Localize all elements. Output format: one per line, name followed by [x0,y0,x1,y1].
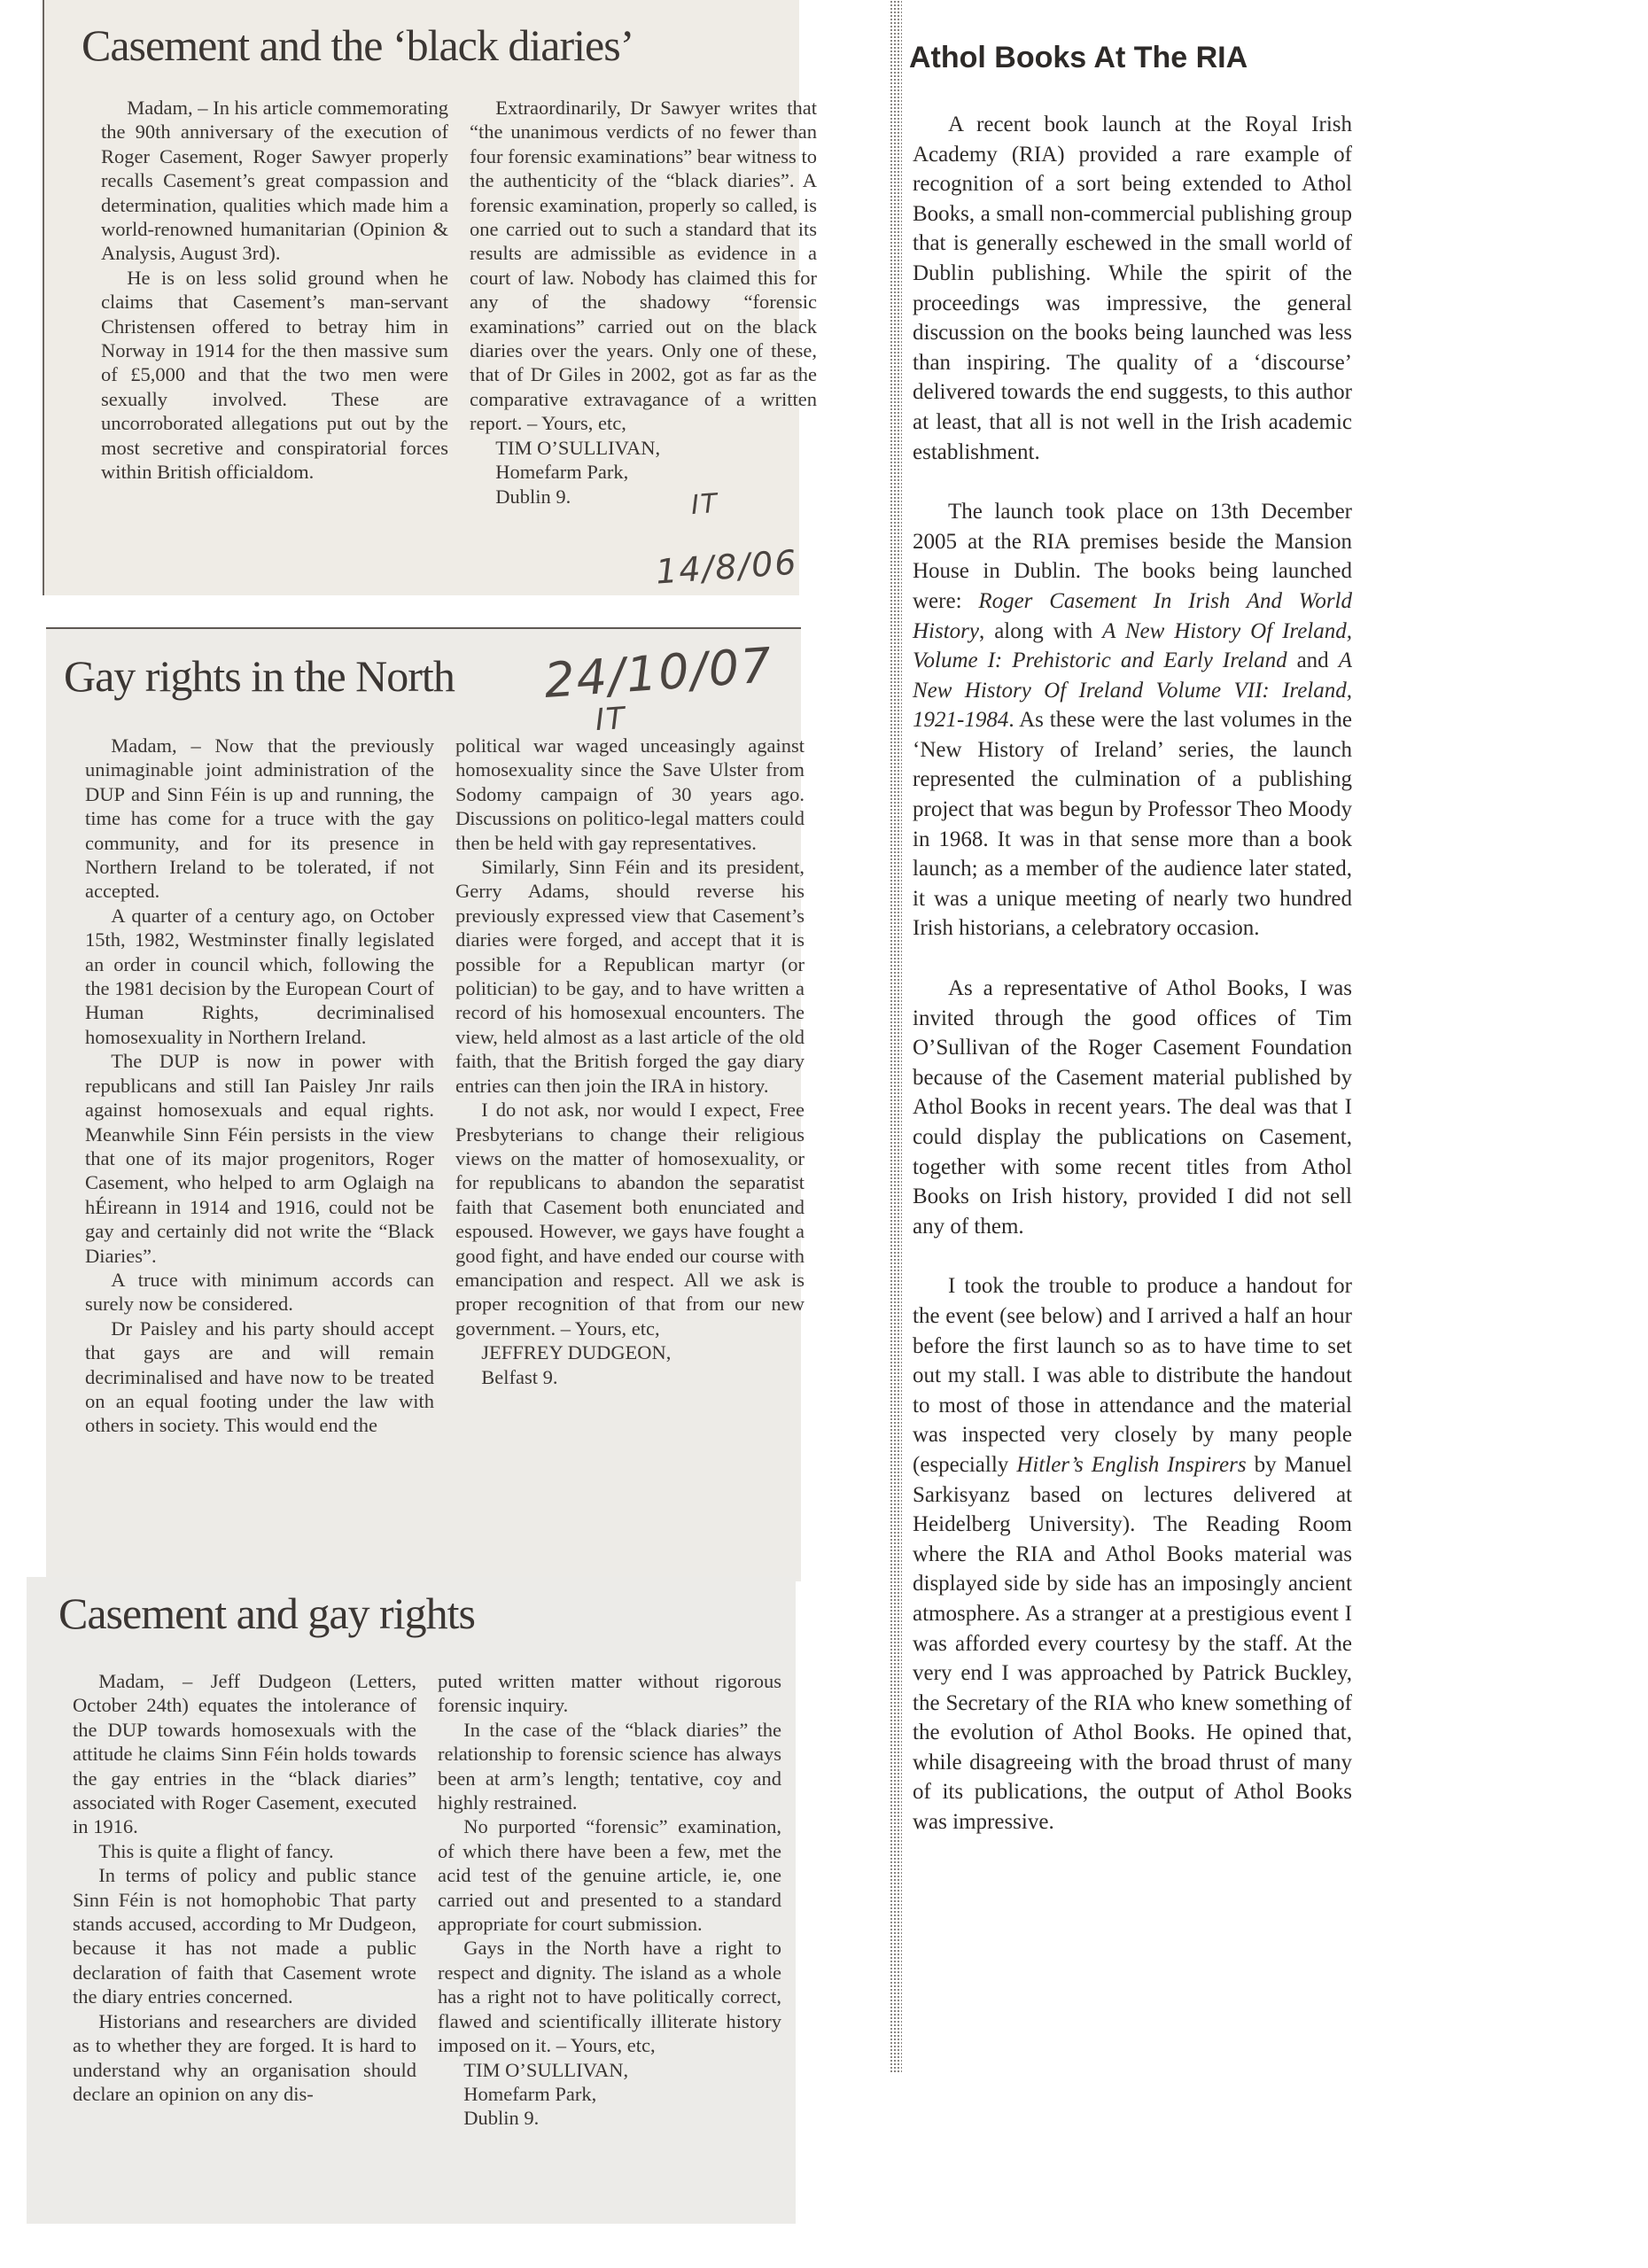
column-left: Madam, – Jeff Dudgeon (Letters, October … [73,1669,416,2131]
paragraph: Historians and researchers are divided a… [73,2009,416,2107]
paragraph: A recent book launch at the Royal Irish … [913,110,1352,467]
headline: Gay rights in the North [64,650,455,702]
headline: Casement and gay rights [58,1588,475,1639]
paragraph: The launch took place on 13th December 2… [913,497,1352,944]
paragraph: In terms of policy and public stance Sin… [73,1863,416,2008]
signature-city: Dublin 9. [470,485,817,509]
paragraph: As a representative of Athol Books, I wa… [913,974,1352,1241]
paragraph: Gays in the North have a right to respec… [438,1936,781,2057]
clipping-casement-gay-rights: Casement and gay rights Madam, – Jeff Du… [27,1577,796,2224]
paragraph: Similarly, Sinn Féin and its president, … [455,855,805,1098]
article-body: A recent book launch at the Royal Irish … [913,110,1352,1868]
handwritten-initials: IT [595,701,628,738]
paragraph: Madam, – Jeff Dudgeon (Letters, October … [73,1669,416,1839]
signature-name: TIM O’SULLIVAN, [470,436,817,460]
paragraph: Extraordinarily, Dr Sawyer writes that “… [470,96,817,436]
clipping-gay-rights-north: Gay rights in the North Madam, – Now tha… [46,627,801,1581]
letter-columns: Madam, – Now that the previously unimagi… [85,734,805,1438]
headline: Casement and the ‘black diaries’ [82,19,634,71]
article-athol-books: Athol Books At The RIA A recent book lau… [890,0,1368,2073]
signature-name: JEFFREY DUDGEON, [455,1340,805,1364]
headline: Athol Books At The RIA [909,41,1248,75]
paragraph: The DUP is now in power with republicans… [85,1049,434,1268]
paragraph: He is on less solid ground when he claim… [101,266,448,485]
signature-address: Homefarm Park, [438,2082,781,2106]
paragraph: In the case of the “black diaries” the r… [438,1718,781,1815]
paragraph: A truce with minimum accords can surely … [85,1268,434,1317]
paragraph: puted written matter without rigorous fo… [438,1669,781,1718]
column-right: Extraordinarily, Dr Sawyer writes that “… [470,96,817,509]
letter-columns: Madam, – In his article commemorating th… [101,96,817,509]
column-right: puted written matter without rigorous fo… [438,1669,781,2131]
column-left: Madam, – In his article commemorating th… [101,96,448,509]
paragraph: Madam, – In his article commemorating th… [101,96,448,266]
signature-city: Belfast 9. [455,1365,805,1389]
paragraph: political war waged unceasingly against … [455,734,805,855]
signature-city: Dublin 9. [438,2106,781,2130]
clipping-black-diaries: Casement and the ‘black diaries’ Madam, … [43,0,799,595]
handwritten-initials: IT [690,488,720,521]
paragraph: Dr Paisley and his party should accept t… [85,1317,434,1438]
paragraph: I do not ask, nor would I expect, Free P… [455,1098,805,1340]
paragraph: No purported “forensic” examination, of … [438,1814,781,1936]
column-left: Madam, – Now that the previously unimagi… [85,734,434,1438]
letter-columns: Madam, – Jeff Dudgeon (Letters, October … [73,1669,781,2131]
paragraph: I took the trouble to produce a handout … [913,1271,1352,1837]
paragraph: A quarter of a century ago, on October 1… [85,904,434,1049]
signature-address: Homefarm Park, [470,460,817,484]
paragraph: Madam, – Now that the previously unimagi… [85,734,434,904]
signature-name: TIM O’SULLIVAN, [438,2058,781,2082]
paragraph: This is quite a flight of fancy. [73,1839,416,1863]
dotted-border [890,0,902,2073]
column-right: political war waged unceasingly against … [455,734,805,1438]
